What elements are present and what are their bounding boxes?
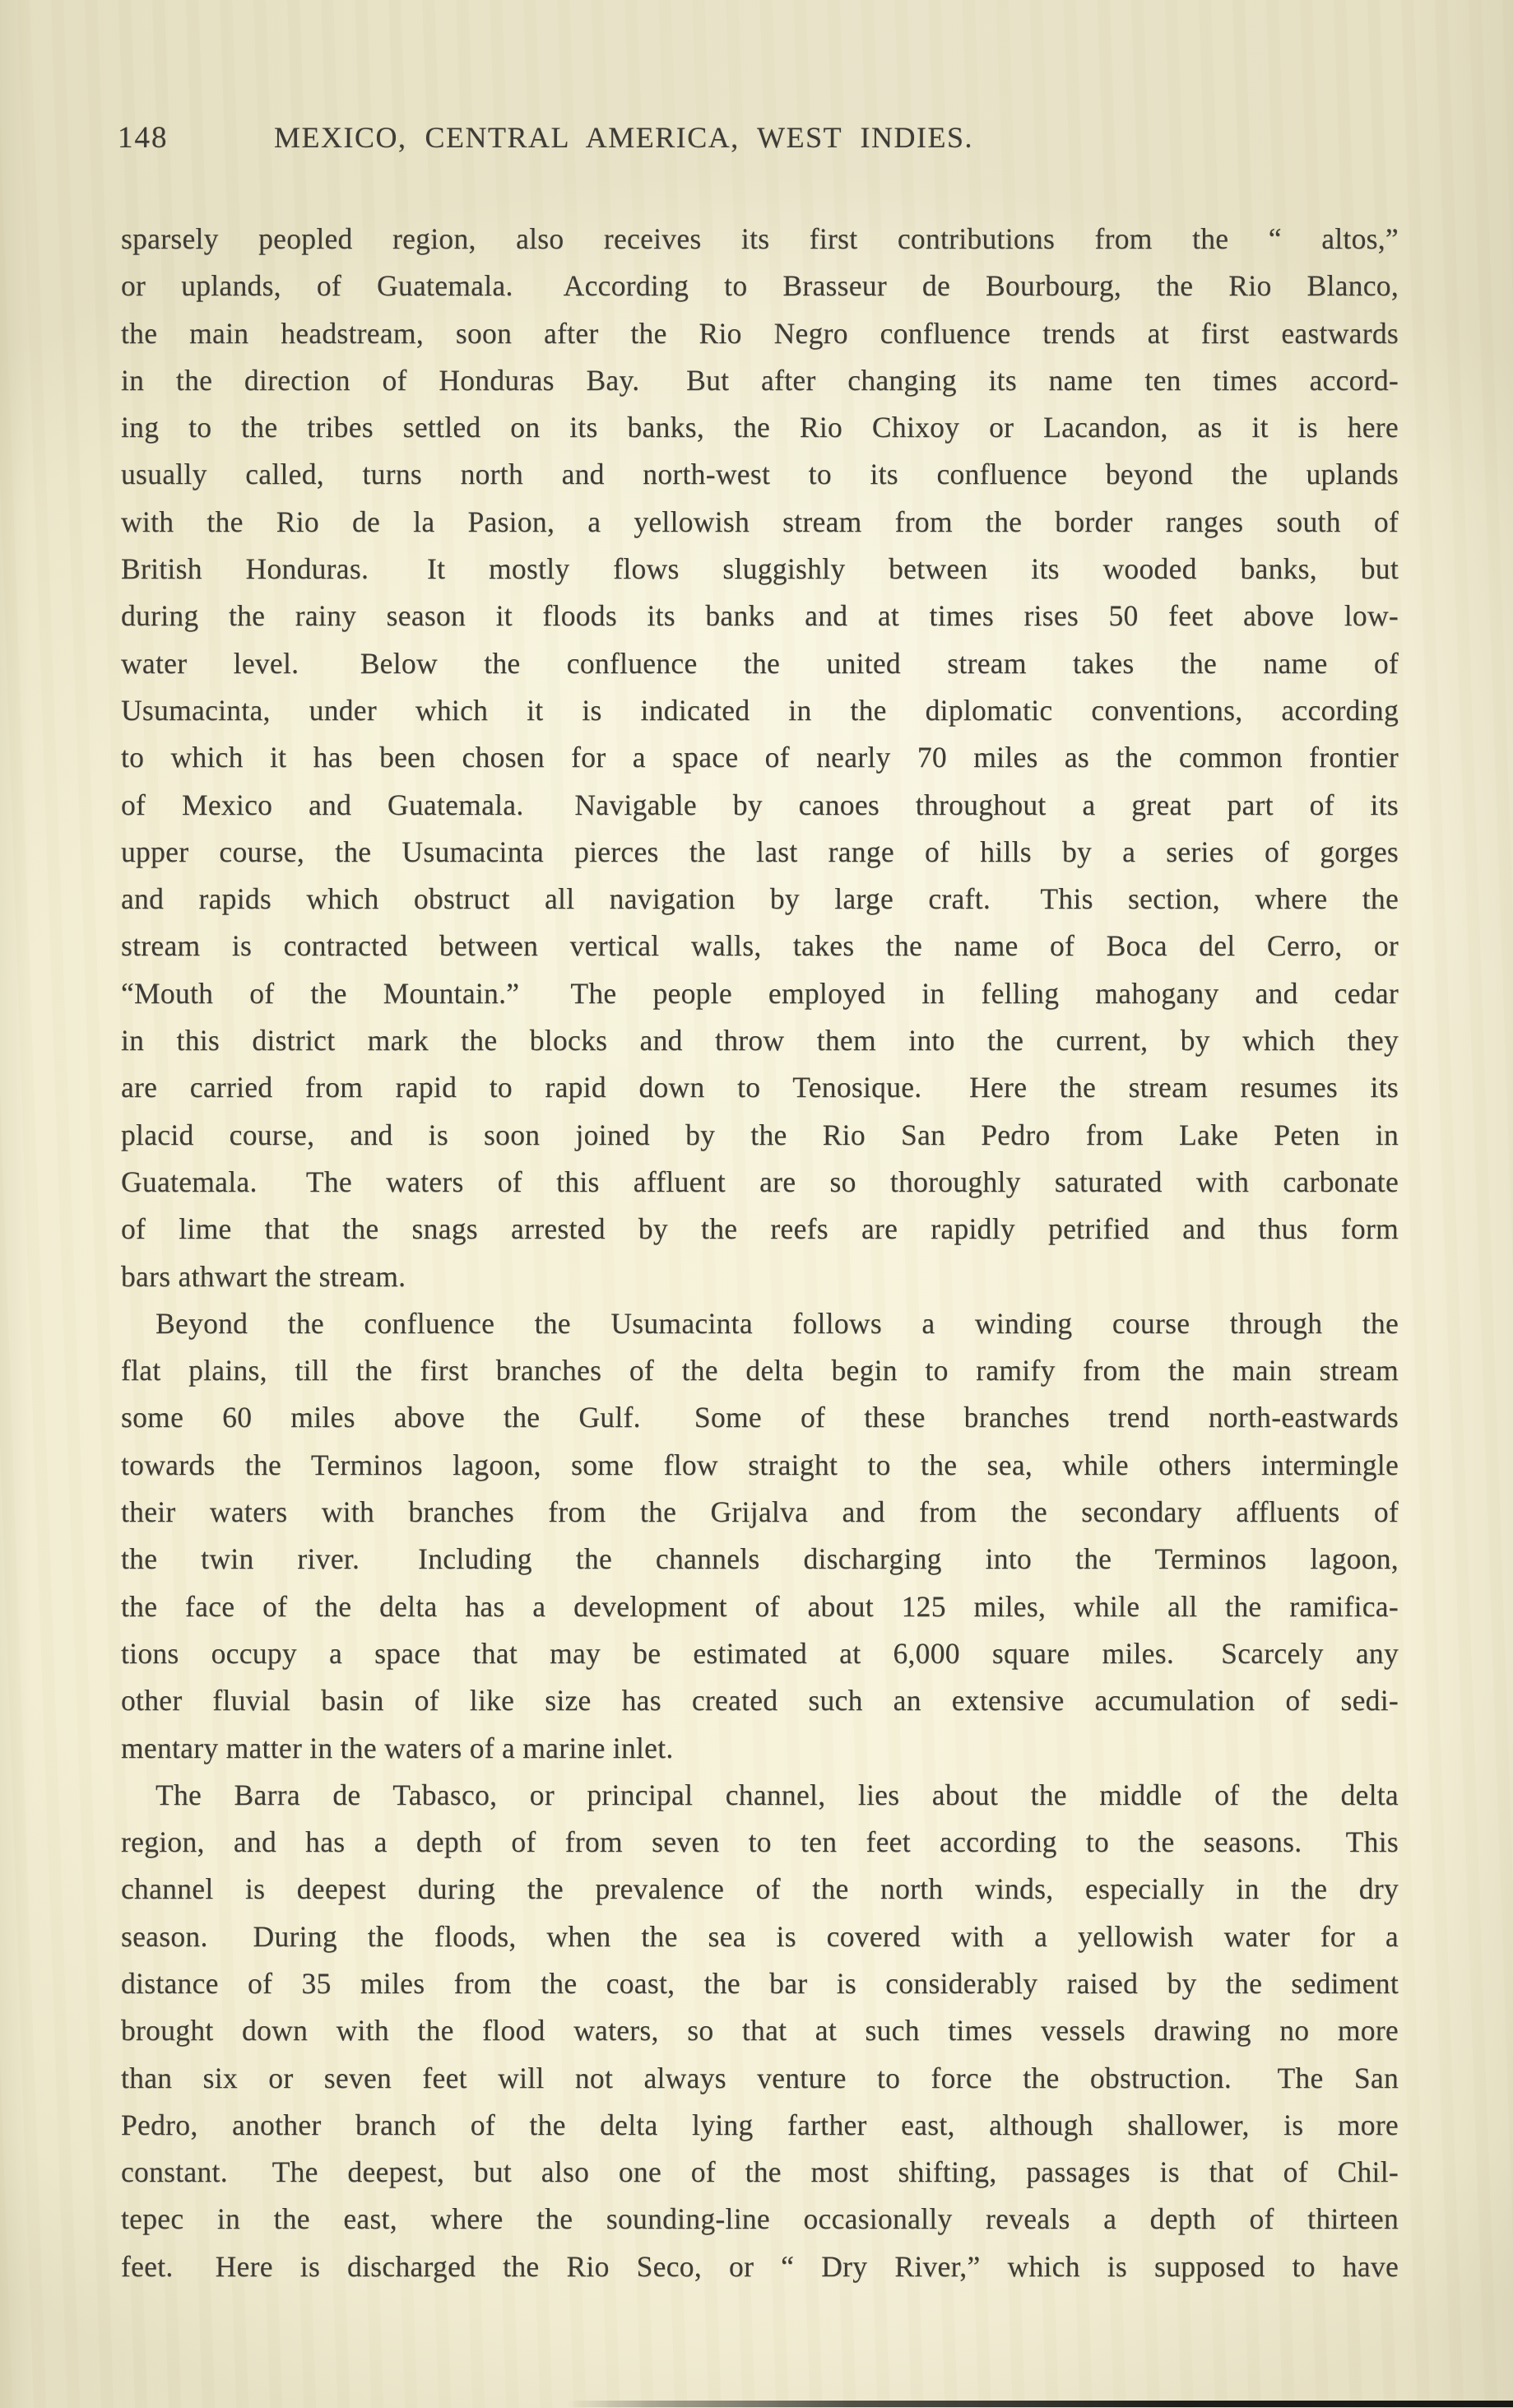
- text-line: usually called, turns north and north-we…: [121, 451, 1399, 498]
- text-line: channel is deepest during the prevalence…: [121, 1866, 1399, 1913]
- text-line: region, and has a depth of from seven to…: [121, 1819, 1399, 1866]
- text-line: tions occupy a space that may be estimat…: [121, 1630, 1399, 1677]
- text-line: constant. The deepest, but also one of t…: [121, 2149, 1399, 2196]
- page-body: sparsely peopled region, also receives i…: [121, 216, 1399, 2290]
- text-line: distance of 35 miles from the coast, the…: [121, 1960, 1399, 2007]
- text-line: Guatemala. The waters of this affluent a…: [121, 1159, 1399, 1206]
- text-line: water level. Below the confluence the un…: [121, 640, 1399, 687]
- text-line: “Mouth of the Mountain.” The people empl…: [121, 970, 1399, 1017]
- text-line: of Mexico and Guatemala. Navigable by ca…: [121, 782, 1399, 829]
- text-line: the face of the delta has a development …: [121, 1583, 1399, 1630]
- scan-edge-artifact: [567, 2401, 1513, 2407]
- text-line: or uplands, of Guatemala. According to B…: [121, 263, 1399, 309]
- text-line: flat plains, till the first branches of …: [121, 1347, 1399, 1394]
- text-line: the main headstream, soon after the Rio …: [121, 310, 1399, 357]
- text-line: feet. Here is discharged the Rio Seco, o…: [121, 2243, 1399, 2290]
- text-line: in this district mark the blocks and thr…: [121, 1017, 1399, 1064]
- paragraph: The Barra de Tabasco, or principal chann…: [121, 1772, 1399, 2290]
- text-line: mentary matter in the waters of a marine…: [121, 1725, 1399, 1772]
- text-line: than six or seven feet will not always v…: [121, 2055, 1399, 2102]
- text-line: placid course, and is soon joined by the…: [121, 1112, 1399, 1159]
- text-line: bars athwart the stream.: [121, 1253, 1399, 1300]
- text-line: other fluvial basin of like size has cre…: [121, 1677, 1399, 1724]
- text-line: to which it has been chosen for a space …: [121, 734, 1399, 781]
- text-line: brought down with the flood waters, so t…: [121, 2007, 1399, 2054]
- text-line: during the rainy season it floods its ba…: [121, 593, 1399, 639]
- text-line: tepec in the east, where the sounding-li…: [121, 2196, 1399, 2243]
- running-head: 148 MEXICO, CENTRAL AMERICA, WEST INDIES…: [0, 120, 1513, 161]
- scanned-book-page: 148 MEXICO, CENTRAL AMERICA, WEST INDIES…: [0, 0, 1513, 2408]
- text-line: stream is contracted between vertical wa…: [121, 923, 1399, 969]
- text-line: in the direction of Honduras Bay. But af…: [121, 357, 1399, 404]
- text-line: with the Rio de la Pasion, a yellowish s…: [121, 499, 1399, 546]
- text-line: The Barra de Tabasco, or principal chann…: [121, 1772, 1399, 1819]
- paragraph: Beyond the confluence the Usumacinta fol…: [121, 1300, 1399, 1772]
- text-line: the twin river. Including the channels d…: [121, 1536, 1399, 1583]
- text-line: British Honduras. It mostly flows sluggi…: [121, 546, 1399, 593]
- text-line: ing to the tribes settled on its banks, …: [121, 404, 1399, 451]
- text-line: upper course, the Usumacinta pierces the…: [121, 829, 1399, 876]
- text-line: and rapids which obstruct all navigation…: [121, 876, 1399, 923]
- text-line: some 60 miles above the Gulf. Some of th…: [121, 1394, 1399, 1441]
- text-line: their waters with branches from the Grij…: [121, 1489, 1399, 1536]
- text-line: Beyond the confluence the Usumacinta fol…: [121, 1300, 1399, 1347]
- text-line: towards the Terminos lagoon, some flow s…: [121, 1442, 1399, 1489]
- text-line: are carried from rapid to rapid down to …: [121, 1064, 1399, 1111]
- page-title: MEXICO, CENTRAL AMERICA, WEST INDIES.: [274, 120, 973, 155]
- page-number: 148: [118, 120, 169, 156]
- text-line: season. During the floods, when the sea …: [121, 1913, 1399, 1960]
- text-line: Usumacinta, under which it is indicated …: [121, 687, 1399, 734]
- text-line: sparsely peopled region, also receives i…: [121, 216, 1399, 263]
- text-line: Pedro, another branch of the delta lying…: [121, 2102, 1399, 2149]
- paragraph: sparsely peopled region, also receives i…: [121, 216, 1399, 1300]
- text-line: of lime that the snags arrested by the r…: [121, 1206, 1399, 1253]
